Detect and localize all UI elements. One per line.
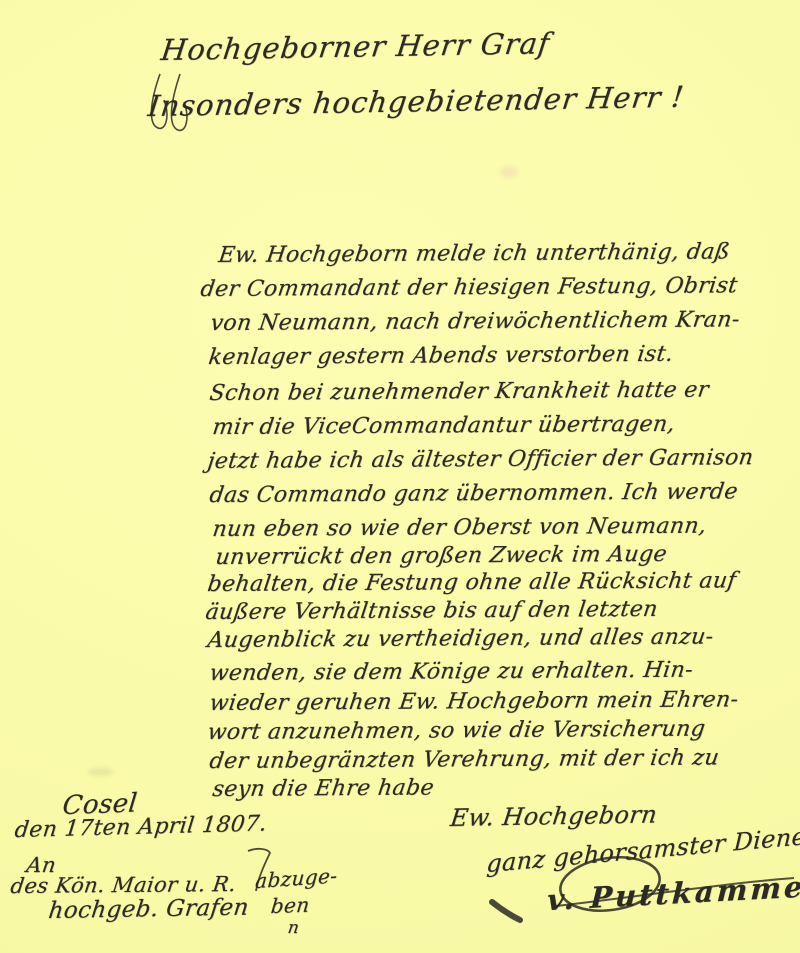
signature: v. Puttkammer bbox=[546, 872, 800, 916]
paper-smudge bbox=[88, 768, 114, 776]
body-line: jetzt habe ich als ältester Officier der… bbox=[206, 447, 755, 473]
body-line: das Commando ganz übernommen. Ich werde bbox=[208, 481, 739, 507]
body-line: wieder geruhen Ew. Hochgeborn mein Ehren… bbox=[208, 689, 740, 715]
delivery-note-line: n bbox=[287, 920, 301, 937]
body-line: Augenblick zu vertheidigen, und alles an… bbox=[206, 626, 715, 652]
paper-smudge bbox=[500, 166, 518, 178]
dateline-date: den 17ten April 1807. bbox=[13, 813, 268, 842]
closing-valediction: ganz gehorsamster Diener bbox=[486, 823, 800, 876]
body-line: seyn die Ehre habe bbox=[211, 777, 435, 801]
body-line: nun eben so wie der Oberst von Neumann, bbox=[211, 516, 708, 541]
delivery-note-line: abzuge- bbox=[255, 865, 339, 891]
address-line: des Kön. Maior u. R. bbox=[9, 874, 237, 897]
body-line: kenlager gestern Abends verstorben ist. bbox=[207, 344, 675, 369]
body-line: der unbegränzten Verehrung, mit der ich … bbox=[208, 747, 720, 773]
salutation-line: Hochgeborner Herr Graf bbox=[159, 29, 551, 65]
body-line: mir die ViceCommandantur übertragen, bbox=[211, 414, 676, 439]
body-line: wort anzunehmen, so wie die Versicherung bbox=[206, 719, 707, 744]
body-line: Schon bei zunehmender Krankheit hatte er bbox=[208, 380, 710, 406]
body-line: äußere Verhältnisse bis auf den letzten bbox=[204, 599, 659, 624]
body-line: von Neumann, nach dreiwöchentlichem Kran… bbox=[209, 309, 741, 335]
body-line: Ew. Hochgeborn melde ich unterthänig, da… bbox=[217, 241, 731, 267]
closing-courtesy: Ew. Hochgeborn bbox=[449, 802, 659, 830]
address-line: hochgeb. Grafen bbox=[47, 897, 250, 924]
letter-scan: Hochgeborner Herr Graf Insonders hochgeb… bbox=[0, 0, 800, 953]
body-line: behalten, die Festung ohne alle Rücksich… bbox=[206, 570, 737, 596]
salutation-line: Insonders hochgebietender Herr ! bbox=[146, 83, 685, 121]
body-line: der Commandant der hiesigen Festung, Obr… bbox=[199, 275, 739, 301]
body-line: wenden, sie dem Könige zu erhalten. Hin- bbox=[208, 660, 694, 685]
delivery-note-line: ben bbox=[270, 895, 311, 916]
body-line: unverrückt den großen Zweck im Auge bbox=[214, 544, 668, 569]
